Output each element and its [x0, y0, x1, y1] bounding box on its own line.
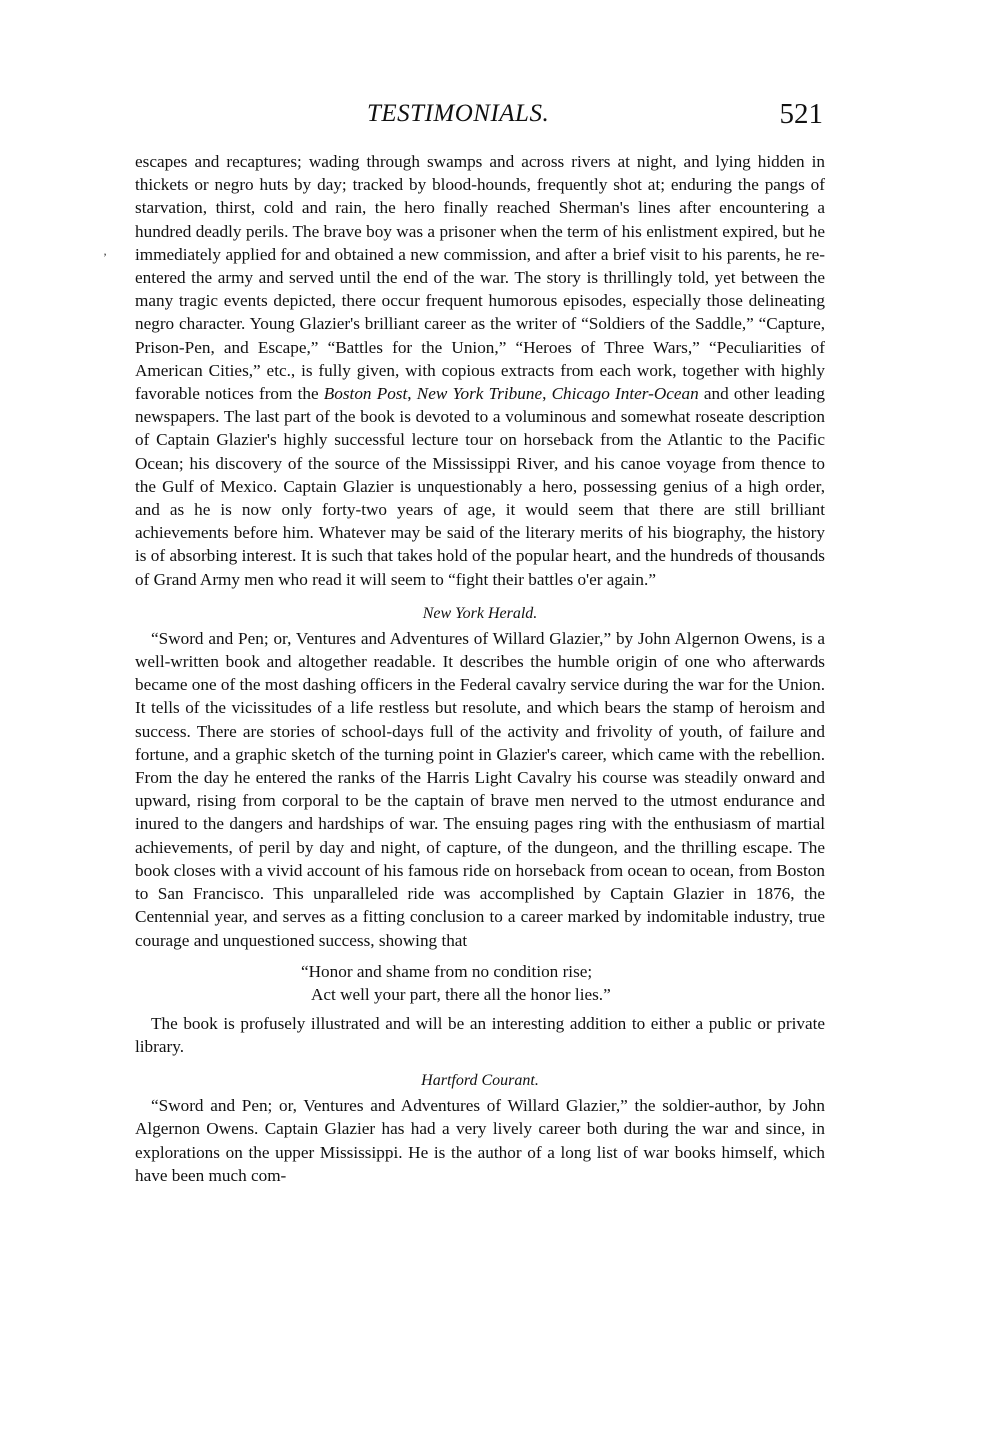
running-title: TESTIMONIALS.: [367, 100, 549, 128]
paragraph-continuation: escapes and recaptures; wading through s…: [135, 150, 825, 591]
newspaper-name: Chicago Inter-Ocean: [552, 384, 699, 403]
source-heading-hartford-courant: Hartford Courant.: [135, 1070, 825, 1092]
page-number: 521: [780, 98, 824, 131]
newspaper-name: Boston Post: [324, 384, 408, 403]
text-run: and other leading newspapers. The last p…: [135, 384, 825, 589]
verse-line: Act well your part, there all the honor …: [301, 983, 825, 1006]
verse-line: “Honor and shame from no condition rise;: [301, 960, 825, 983]
text-run: escapes and recaptures; wading through s…: [135, 152, 825, 403]
paragraph-closing: The book is profusely illustrated and wi…: [135, 1012, 825, 1058]
page-header: TESTIMONIALS. 521: [135, 98, 825, 134]
source-heading-new-york-herald: New York Herald.: [135, 603, 825, 625]
paragraph-herald-review: “Sword and Pen; or, Ventures and Adventu…: [135, 627, 825, 952]
body-text: escapes and recaptures; wading through s…: [135, 150, 825, 1187]
verse-quotation: “Honor and shame from no condition rise;…: [135, 960, 825, 1006]
newspaper-name: New York Tribune: [417, 384, 542, 403]
paragraph-courant-review: “Sword and Pen; or, Ventures and Adventu…: [135, 1094, 825, 1187]
text-run: ,: [407, 384, 417, 403]
margin-mark: ’: [103, 250, 107, 265]
document-page: TESTIMONIALS. 521 ’ escapes and recaptur…: [0, 0, 1000, 1451]
text-run: ,: [542, 384, 552, 403]
